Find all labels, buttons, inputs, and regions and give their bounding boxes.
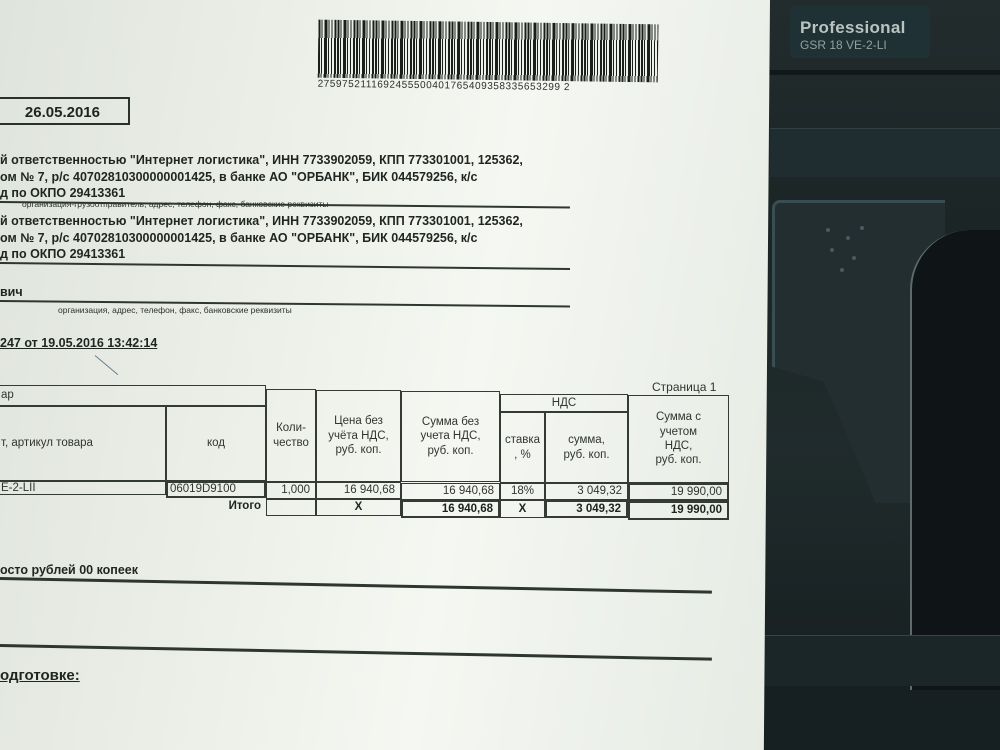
total-quantity	[266, 499, 316, 516]
supplier-line-2: ом № 7, р/с 40702810300000001425, в банк…	[0, 231, 477, 245]
pen-mark	[95, 355, 119, 375]
header-sum-with-vat: Сумма с учетом НДС, руб. коп.	[628, 395, 729, 483]
header-product-name: т, артикул товара	[0, 406, 166, 481]
row-code: 06019D9100	[166, 481, 266, 498]
header-product-group: ар	[0, 385, 266, 406]
grip-dot	[852, 256, 856, 260]
total-sum-with-vat: 19 990,00	[628, 501, 729, 520]
header-price: Цена без учёта НДС, руб. коп.	[316, 390, 401, 482]
consignee-line-1: вич	[0, 285, 23, 299]
section-label: одготовке:	[0, 667, 80, 684]
amount-rule	[0, 577, 712, 594]
grip-dot	[860, 226, 864, 230]
goods-table: ар т, артикул товара код Коли- чество Це…	[0, 385, 730, 525]
barcode: 2759752111692455500401765409358335653299…	[318, 20, 659, 95]
shipper-line-1: й ответственностью "Интернет логистика",…	[0, 153, 523, 167]
tool-model-label: GSR 18 VE-2-LI	[800, 38, 887, 52]
supplier-line-3: д по ОКПО 29413361	[0, 247, 125, 261]
tool-stripe	[760, 70, 1000, 75]
total-sum-without-vat: 16 940,68	[401, 500, 500, 518]
tool-band	[770, 128, 1000, 177]
row-vat-rate: 18%	[500, 483, 545, 500]
background-power-tool: Professional GSR 18 VE-2-LI	[760, 0, 1000, 750]
row-product-name: E-2-LII	[0, 481, 166, 495]
tool-lower-band	[760, 635, 1000, 686]
total-price: X	[316, 499, 401, 516]
row-price: 16 940,68	[316, 482, 401, 499]
blank-rule	[0, 644, 712, 661]
document-date: 26.05.2016	[0, 97, 130, 125]
invoice-paper: 2759752111692455500401765409358335653299…	[0, 0, 770, 750]
row-sum-with-vat: 19 990,00	[628, 483, 729, 501]
header-vat-sum: сумма, руб. коп.	[545, 412, 628, 483]
basis-document: 247 от 19.05.2016 13:42:14	[0, 336, 157, 350]
total-vat-sum: 3 049,32	[545, 500, 628, 518]
supplier-rule	[0, 262, 570, 270]
consignee-caption: организация, адрес, телефон, факс, банко…	[58, 305, 292, 315]
header-code: код	[166, 406, 266, 481]
shipper-caption: организация-грузоотправитель, адрес, тел…	[22, 199, 328, 209]
tool-brand-label: Professional	[800, 18, 906, 38]
total-label: Итого	[166, 498, 266, 514]
grip-dot	[826, 228, 830, 232]
tool-base	[760, 690, 1000, 750]
total-vat-rate: X	[500, 500, 545, 518]
grip-dot	[840, 268, 844, 272]
header-quantity: Коли- чество	[266, 389, 316, 482]
row-sum-without-vat: 16 940,68	[401, 483, 500, 500]
header-vat: НДС	[500, 394, 628, 412]
grip-dot	[830, 248, 834, 252]
grip-dot	[846, 236, 850, 240]
shipper-line-2: ом № 7, р/с 40702810300000001425, в банк…	[0, 170, 477, 184]
row-vat-sum: 3 049,32	[545, 483, 628, 500]
shipper-line-3: д по ОКПО 29413361	[0, 186, 125, 200]
supplier-line-1: й ответственностью "Интернет логистика",…	[0, 214, 523, 228]
header-sum-without-vat: Сумма без учета НДС, руб. коп.	[401, 391, 500, 482]
amount-in-words: осто рублей 00 копеек	[0, 563, 138, 577]
barcode-bars	[318, 20, 659, 83]
row-quantity: 1,000	[266, 482, 316, 499]
header-vat-rate: ставка , %	[500, 412, 545, 483]
